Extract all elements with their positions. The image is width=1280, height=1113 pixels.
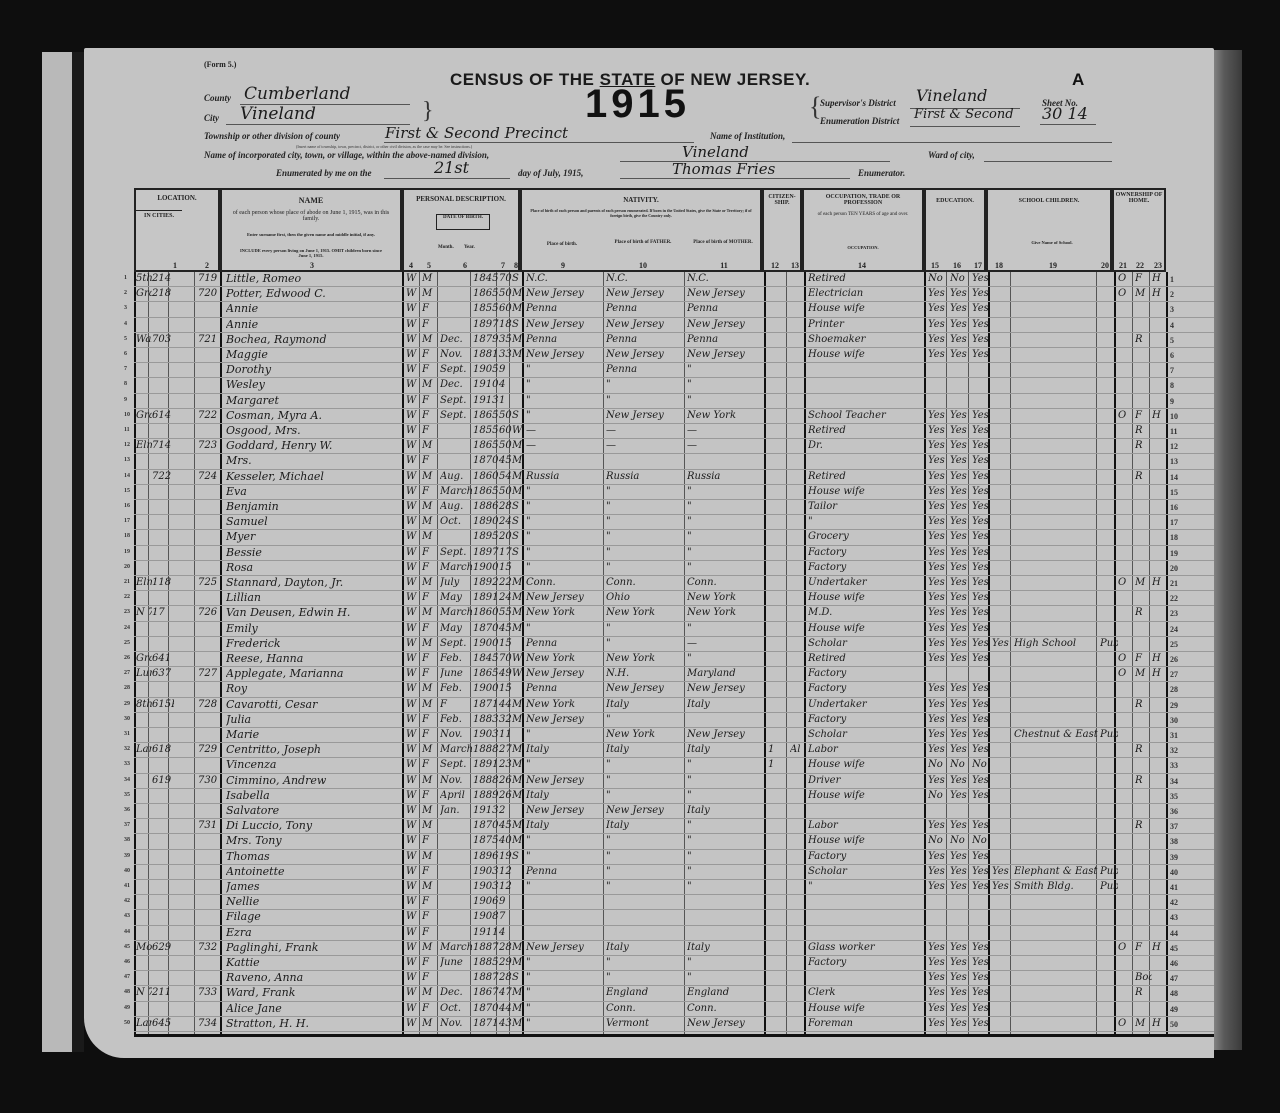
person-name-cell: Isabella [226, 789, 406, 803]
age-cell: 27 [499, 743, 512, 757]
mother-birthplace-cell: New Jersey [687, 287, 767, 301]
color-cell: W [406, 819, 422, 833]
can-write-cell: Yes [950, 652, 972, 666]
can-read-cell: Yes [928, 1002, 950, 1016]
right-page-stack [1212, 50, 1242, 1050]
row-number-left: 12 [124, 442, 130, 448]
brace: } [422, 98, 434, 125]
house-number-cell: 637 [152, 667, 174, 681]
row-number: 31 [1170, 731, 1178, 740]
sex-cell: M [422, 698, 439, 712]
row-number-left: 24 [124, 625, 130, 631]
marital-cell: M [512, 698, 525, 712]
mother-birthplace-cell: " [687, 485, 767, 499]
sex-cell: F [422, 728, 439, 742]
age-cell: 44 [499, 698, 512, 712]
census-year: 1915 [585, 82, 690, 127]
table-row: EzraWF191144444 [134, 926, 1214, 941]
speaks-english-cell: Yes [972, 530, 992, 544]
father-birthplace-cell: — [606, 424, 686, 438]
marital-cell: S [512, 546, 525, 560]
dwelling-number-cell: 721 [198, 333, 222, 347]
age-cell: 54 [499, 470, 512, 484]
color-cell: W [406, 1017, 422, 1031]
occupation-cell: Electrician [808, 287, 928, 301]
row-number-left: 30 [124, 716, 130, 722]
color-cell: W [406, 530, 422, 544]
birth-year-cell: 1913 [473, 804, 499, 818]
row-number-left: 14 [124, 473, 130, 479]
row-number: 45 [1170, 944, 1178, 953]
birth-year-cell: 1855 [473, 302, 499, 316]
enumerated-label: Enumerated by me on the [276, 168, 372, 178]
mother-birthplace-cell: " [687, 956, 767, 970]
can-read-cell: Yes [928, 302, 950, 316]
can-write-cell: Yes [950, 971, 972, 985]
sex-cell: F [422, 302, 439, 316]
can-write-cell: Yes [950, 789, 972, 803]
dwelling-number-cell: 724 [198, 470, 222, 484]
birth-month-cell: Aug. [440, 500, 472, 514]
father-birthplace-cell: England [606, 986, 686, 1000]
row-number: 14 [1170, 473, 1178, 482]
sex-cell: M [422, 515, 439, 529]
row-number: 23 [1170, 609, 1178, 618]
occupation-cell: Factory [808, 850, 928, 864]
birth-year-cell: 1889 [473, 789, 499, 803]
house-number-cell: 629 [152, 941, 174, 955]
father-birthplace-cell: New York [606, 728, 686, 742]
row-number-left: 16 [124, 503, 130, 509]
house-number-cell: 118 [152, 576, 174, 590]
birth-month-cell: Feb. [440, 682, 472, 696]
father-birthplace-cell: — [606, 439, 686, 453]
table-row: SalvatoreWMJan.19132New JerseyNew Jersey… [134, 804, 1214, 819]
name-header: NAME of each person whose place of abode… [220, 188, 402, 272]
row-number-left: 38 [124, 837, 130, 843]
sex-cell: M [422, 272, 439, 286]
row-number-left: 27 [124, 670, 130, 676]
can-write-cell: Yes [950, 470, 972, 484]
occupation-cell: M.D. [808, 606, 928, 620]
father-birthplace-cell: New Jersey [606, 682, 686, 696]
table-row: VincenzaWFSept.189123M"""1House wifeNoNo… [134, 758, 1214, 773]
mother-birthplace-cell: " [687, 774, 767, 788]
age-cell: 22 [499, 576, 512, 590]
age-cell: 4 [499, 926, 512, 940]
table-row: IsabellaWFApril188926MItaly""House wifeN… [134, 789, 1214, 804]
row-number-left: 9 [124, 397, 127, 403]
age-cell: 35 [499, 333, 512, 347]
person-name-cell: Wesley [226, 378, 406, 392]
table-row: BenjaminWMAug.188628S"""TailorYesYesYes1… [134, 500, 1214, 515]
owned-free-cell: R [1135, 698, 1152, 712]
street-cell: Montrose [136, 941, 152, 955]
incorporated-value: Vineland [682, 143, 749, 161]
birthplace-cell: " [526, 546, 606, 560]
citizenship-header: CITIZEN-SHIP. [762, 188, 802, 272]
can-write-cell: Yes [950, 287, 972, 301]
birth-month-cell: May [440, 622, 472, 636]
birthplace-cell: Italy [526, 819, 606, 833]
supervisor-value: Vineland [916, 86, 987, 105]
birthplace-cell: New Jersey [526, 667, 606, 681]
birth-year-cell: 1845 [473, 272, 499, 286]
col-number: 18 [989, 261, 1009, 270]
color-cell: W [406, 774, 422, 788]
owned-free-cell: R [1135, 606, 1152, 620]
mother-birthplace-cell: " [687, 971, 767, 985]
birth-month-cell: Dec. [440, 986, 472, 1000]
person-name-cell: Ward, Frank [226, 986, 406, 1000]
row-number-left: 29 [124, 701, 130, 707]
mother-birthplace-cell: " [687, 834, 767, 848]
col-number: 19 [1043, 261, 1063, 270]
marital-cell: W [512, 667, 525, 681]
street-cell: Landis [136, 743, 152, 757]
marital-cell: M [512, 302, 525, 316]
speaks-english-cell: Yes [972, 971, 992, 985]
occupation-cell: Factory [808, 682, 928, 696]
row-number: 20 [1170, 564, 1178, 573]
table-row: Osgood, Mrs.WF185560W———RetiredYesYesYes… [134, 424, 1214, 439]
owned-rented-cell: O [1118, 941, 1136, 955]
sex-cell: F [422, 865, 439, 879]
farm-house-cell: H [1152, 576, 1169, 590]
birthplace-cell: — [526, 424, 606, 438]
birth-year-cell: 1887 [473, 941, 499, 955]
table-row: SamuelWMOct.189024S""""YesYesYes1717 [134, 515, 1214, 530]
marital-cell: M [512, 622, 525, 636]
birthplace-cell: " [526, 758, 606, 772]
can-write-cell: Yes [950, 819, 972, 833]
color-cell: W [406, 865, 422, 879]
mother-birthplace-cell: " [687, 394, 767, 408]
row-number: 34 [1170, 777, 1178, 786]
farm-house-cell: H [1152, 272, 1169, 286]
speaks-english-cell: Yes [972, 333, 992, 347]
color-cell: W [406, 941, 422, 955]
owned-free-cell: M [1135, 576, 1152, 590]
sex-cell: F [422, 485, 439, 499]
father-birthplace-cell: Italy [606, 743, 686, 757]
mother-birthplace-cell: Italy [687, 941, 767, 955]
occupation-cell: House wife [808, 302, 928, 316]
marital-cell: M [512, 819, 525, 833]
occupation-cell: House wife [808, 591, 928, 605]
in-school-cell: Yes [992, 865, 1014, 879]
can-read-cell: Yes [928, 652, 950, 666]
mother-birthplace-cell: — [687, 439, 767, 453]
row-number: 11 [1170, 427, 1178, 436]
row-number-left: 6 [124, 351, 127, 357]
birthplace-cell: " [526, 394, 606, 408]
row-number: 3 [1170, 305, 1174, 314]
father-birthplace-cell: New York [606, 606, 686, 620]
person-name-cell: Filage [226, 910, 406, 924]
color-cell: W [406, 318, 422, 332]
age-cell: 15 [499, 637, 512, 651]
row-number: 37 [1170, 822, 1178, 831]
row-number: 40 [1170, 868, 1178, 877]
marital-cell: M [512, 743, 525, 757]
row-number: 33 [1170, 761, 1178, 770]
age-cell: 40 [499, 834, 512, 848]
house-number-cell: 218 [152, 287, 174, 301]
enumeration-value: First & Second [914, 107, 1014, 122]
table-row: Alice JaneWFOct.187044M"Conn.Conn.House … [134, 1002, 1214, 1017]
ownership-header: OWNERSHIP OF HOME. [1112, 188, 1166, 272]
speaks-english-cell: Yes [972, 743, 992, 757]
can-write-cell: Yes [950, 986, 972, 1000]
marital-cell: S [512, 850, 525, 864]
row-number: 46 [1170, 959, 1178, 968]
table-row: JuliaWFFeb.188332MNew Jersey"FactoryYesY… [134, 713, 1214, 728]
table-row: AntoinetteWF190312Penna""ScholarYesYesYe… [134, 865, 1214, 880]
street-cell: Landis [136, 1017, 152, 1031]
can-read-cell: No [928, 758, 950, 772]
col-number: 10 [633, 261, 653, 270]
row-number-left: 49 [124, 1005, 130, 1011]
owned-free-cell: R [1135, 333, 1152, 347]
age-cell: 12 [499, 880, 512, 894]
sex-cell: M [422, 576, 439, 590]
row-number: 25 [1170, 640, 1178, 649]
birth-year-cell: 1870 [473, 819, 499, 833]
birth-year-cell: 1879 [473, 333, 499, 347]
can-write-cell: No [950, 758, 972, 772]
father-birthplace-cell: New Jersey [606, 348, 686, 362]
father-birthplace-cell: Penna [606, 363, 686, 377]
speaks-english-cell: No [972, 758, 992, 772]
table-row: FilageWF190874343 [134, 910, 1214, 925]
col-number: 16 [947, 261, 967, 270]
marital-cell: M [512, 774, 525, 788]
birth-year-cell: 1885 [473, 956, 499, 970]
father-birthplace-cell: " [606, 880, 686, 894]
age-cell: 45 [499, 454, 512, 468]
row-number-left: 3 [124, 305, 127, 311]
age-cell: 23 [499, 758, 512, 772]
can-write-cell: Yes [950, 682, 972, 696]
street-cell: 5th [136, 272, 152, 286]
can-write-cell: Yes [950, 333, 972, 347]
row-number: 21 [1170, 579, 1178, 588]
mother-birthplace-cell: Penna [687, 333, 767, 347]
enumerator-name: Thomas Fries [672, 160, 775, 178]
row-number-left: 36 [124, 807, 130, 813]
color-cell: W [406, 576, 422, 590]
can-write-cell: Yes [950, 530, 972, 544]
birth-year-cell: 1903 [473, 728, 499, 742]
birth-month-cell: Sept. [440, 363, 472, 377]
years-in-us-cell: 1 [768, 758, 790, 772]
sex-cell: F [422, 394, 439, 408]
color-cell: W [406, 986, 422, 1000]
birth-year-cell: 1906 [473, 895, 499, 909]
birth-year-cell: 1867 [473, 986, 499, 1000]
table-row: Mrs.WF187045MYesYesYes1313 [134, 454, 1214, 469]
person-name-cell: Cosman, Myra A. [226, 409, 406, 423]
can-write-cell: Yes [950, 713, 972, 727]
can-write-cell: Yes [950, 774, 972, 788]
birthplace-cell: " [526, 485, 606, 499]
birth-year-cell: 1881 [473, 348, 499, 362]
birth-month-cell: Sept. [440, 637, 472, 651]
speaks-english-cell: Yes [972, 865, 992, 879]
birth-month-cell: Nov. [440, 1017, 472, 1031]
dwelling-number-cell: 720 [198, 287, 222, 301]
col-number: 14 [852, 261, 872, 270]
sheet-line [1040, 124, 1096, 125]
father-birthplace-cell: Italy [606, 698, 686, 712]
col-number: 13 [785, 261, 805, 270]
mother-birthplace-cell: " [687, 789, 767, 803]
color-cell: W [406, 622, 422, 636]
can-read-cell: Yes [928, 713, 950, 727]
can-write-cell: Yes [950, 591, 972, 605]
father-birthplace-cell: " [606, 758, 686, 772]
marital-cell: M [512, 485, 525, 499]
row-number: 27 [1170, 670, 1178, 679]
age-cell: 70 [499, 272, 512, 286]
color-cell: W [406, 713, 422, 727]
farm-house-cell: H [1152, 409, 1169, 423]
father-birthplace-cell: " [606, 637, 686, 651]
row-number: 1 [1170, 275, 1174, 284]
row-number-left: 18 [124, 533, 130, 539]
father-birthplace-cell: Penna [606, 302, 686, 316]
can-read-cell: Yes [928, 606, 950, 620]
table-row: 8th615R728Cavarotti, CesarWMF187144MNew … [134, 698, 1214, 713]
table-row: RosaWFMarch190015"""FactoryYesYesYes2020 [134, 561, 1214, 576]
birth-year-cell: 1891 [473, 758, 499, 772]
mother-birthplace-cell: Russia [687, 470, 767, 484]
birth-year-cell: 1887 [473, 971, 499, 985]
dwelling-number-cell: 730 [198, 774, 222, 788]
age-cell: 55 [499, 606, 512, 620]
birth-year-cell: 1891 [473, 591, 499, 605]
color-cell: W [406, 409, 422, 423]
birth-month-cell: Aug. [440, 470, 472, 484]
table-row: 5th214719Little, RomeoWM184570SN.C.N.C.N… [134, 272, 1214, 287]
birth-month-cell: Dec. [440, 333, 472, 347]
birthplace-cell: " [526, 363, 606, 377]
birthplace-cell: New Jersey [526, 348, 606, 362]
can-read-cell: Yes [928, 637, 950, 651]
birthplace-cell: " [526, 956, 606, 970]
can-read-cell: Yes [928, 500, 950, 514]
marital-cell: M [512, 287, 525, 301]
birth-year-cell: 1888 [473, 774, 499, 788]
row-number-left: 32 [124, 746, 130, 752]
birth-month-cell: March [440, 606, 472, 620]
row-number-left: 44 [124, 929, 130, 935]
row-number-left: 43 [124, 913, 130, 919]
can-write-cell: Yes [950, 348, 972, 362]
city-line [226, 124, 410, 125]
school-children-header: SCHOOL CHILDREN. Give Name of School. [986, 188, 1112, 272]
can-write-cell: Yes [950, 880, 972, 894]
birth-year-cell: 1845 [473, 652, 499, 666]
row-number-left: 5 [124, 336, 127, 342]
can-read-cell: Yes [928, 318, 950, 332]
color-cell: W [406, 804, 422, 818]
can-read-cell: Yes [928, 439, 950, 453]
occupation-cell: House wife [808, 834, 928, 848]
birthplace-cell: New Jersey [526, 804, 606, 818]
age-cell: 7 [499, 910, 512, 924]
farm-house-cell: H [1152, 1017, 1169, 1031]
marital-cell: S [512, 971, 525, 985]
can-read-cell: Yes [928, 333, 950, 347]
dwelling-number-cell: 726 [198, 606, 222, 620]
mother-birthplace-cell: " [687, 530, 767, 544]
can-read-cell: Yes [928, 470, 950, 484]
occupation-header: OCCUPATION, TRADE OR PROFESSION of each … [802, 188, 924, 272]
speaks-english-cell: Yes [972, 850, 992, 864]
marital-cell: S [512, 409, 525, 423]
row-number-left: 1 [124, 275, 127, 281]
person-name-cell: Dorothy [226, 363, 406, 377]
can-write-cell: Yes [950, 728, 972, 742]
row-number: 48 [1170, 989, 1178, 998]
table-row: Elmer118725Stannard, Dayton, Jr.WMJuly18… [134, 576, 1214, 591]
color-cell: W [406, 682, 422, 696]
can-write-cell: Yes [950, 546, 972, 560]
can-write-cell: Yes [950, 865, 972, 879]
occupation-cell: Dr. [808, 439, 928, 453]
person-name-cell: Maggie [226, 348, 406, 362]
marital-cell: M [512, 454, 525, 468]
father-birthplace-cell: Ohio [606, 591, 686, 605]
sex-cell: M [422, 850, 439, 864]
person-name-cell: Mrs. [226, 454, 406, 468]
color-cell: W [406, 956, 422, 970]
birth-month-cell: Oct. [440, 515, 472, 529]
person-name-cell: Little, Romeo [226, 272, 406, 286]
color-cell: W [406, 880, 422, 894]
owned-rented-cell: O [1118, 409, 1136, 423]
personal-header: PERSONAL DESCRIPTION. DATE OF BIRTH. Mon… [402, 188, 520, 272]
can-read-cell: Yes [928, 941, 950, 955]
row-number: 35 [1170, 792, 1178, 801]
can-read-cell: Yes [928, 454, 950, 468]
birth-year-cell: 1903 [473, 865, 499, 879]
sex-cell: M [422, 880, 439, 894]
row-number-left: 13 [124, 457, 130, 463]
row-number: 4 [1170, 321, 1174, 330]
occupation-cell: House wife [808, 758, 928, 772]
nativity-header: NATIVITY. Place of birth of each person … [520, 188, 762, 272]
sex-cell: M [422, 682, 439, 696]
owned-free-cell: M [1135, 667, 1152, 681]
age-cell: 50 [499, 439, 512, 453]
father-birthplace-cell: N.C. [606, 272, 686, 286]
owned-free-cell: F [1135, 272, 1152, 286]
marital-cell: S [512, 318, 525, 332]
col-number: 5 [419, 261, 439, 270]
sex-cell: F [422, 926, 439, 940]
table-row: Mrs. TonyWF187540M"""House wifeNoNoNo383… [134, 834, 1214, 849]
birth-month-cell: April [440, 789, 472, 803]
occupation-cell: Undertaker [808, 576, 928, 590]
can-write-cell: Yes [950, 409, 972, 423]
occupation-cell: House wife [808, 789, 928, 803]
owned-free-cell: R [1135, 424, 1152, 438]
speaks-english-cell: Yes [972, 986, 992, 1000]
row-number-left: 42 [124, 898, 130, 904]
